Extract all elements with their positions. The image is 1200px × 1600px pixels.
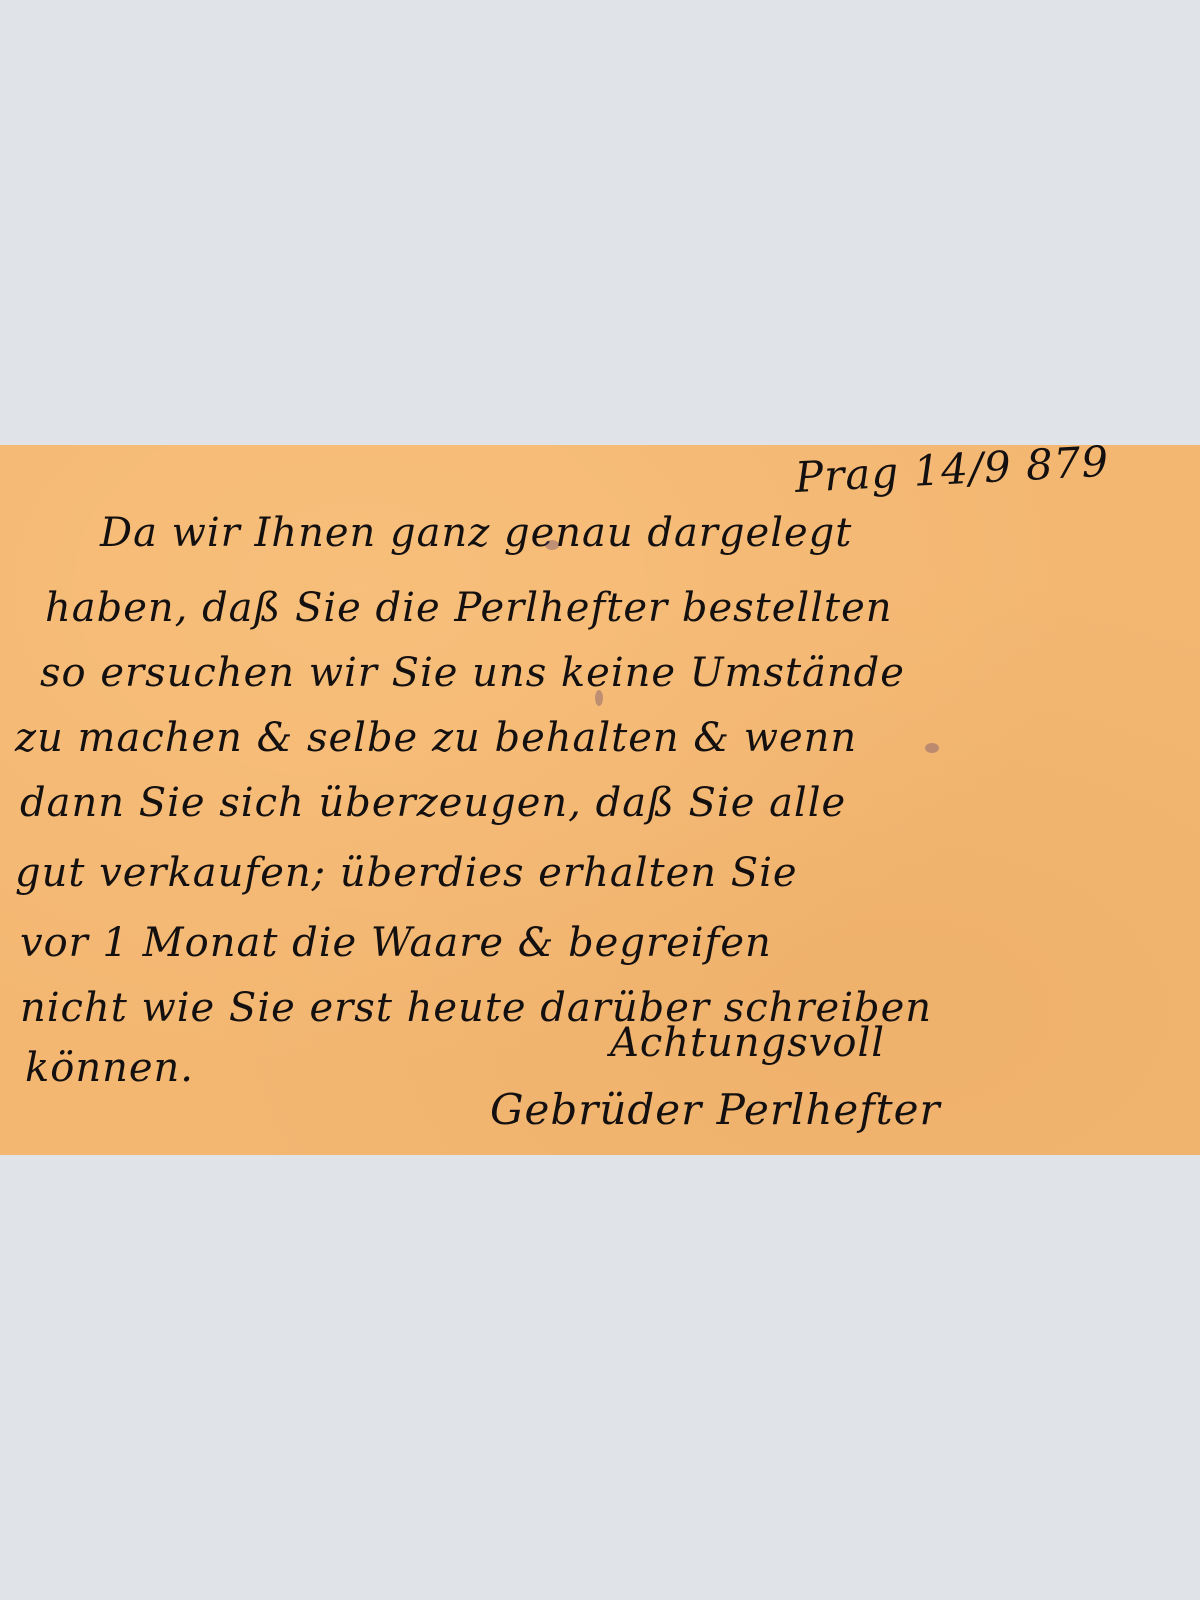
closing-salutation: Achtungsvoll: [610, 1020, 885, 1066]
letter-line-5: dann Sie sich überzeugen, daß Sie alle: [20, 780, 846, 826]
signature: Gebrüder Perlhefter: [490, 1085, 941, 1134]
letter-line-6: gut verkaufen; überdies erhalten Sie: [15, 850, 798, 896]
letter-line-7: vor 1 Monat die Waare & begreifen: [20, 920, 772, 966]
ink-blot: [595, 690, 603, 706]
letter-line-2: haben, daß Sie die Perlhefter bestellten: [45, 585, 893, 631]
letter-line-9: können.: [25, 1045, 194, 1091]
letter-line-4: zu machen & selbe zu behalten & wenn: [15, 715, 857, 761]
ink-blot: [545, 540, 559, 550]
ink-blot: [925, 743, 939, 753]
place-date-header: Prag 14/9 879: [794, 445, 1111, 502]
postcard: Prag 14/9 879 Da wir Ihnen ganz genau da…: [0, 445, 1200, 1155]
letter-line-1: Da wir Ihnen ganz genau dargelegt: [100, 510, 852, 556]
letter-line-3: so ersuchen wir Sie uns keine Umstände: [40, 650, 905, 696]
